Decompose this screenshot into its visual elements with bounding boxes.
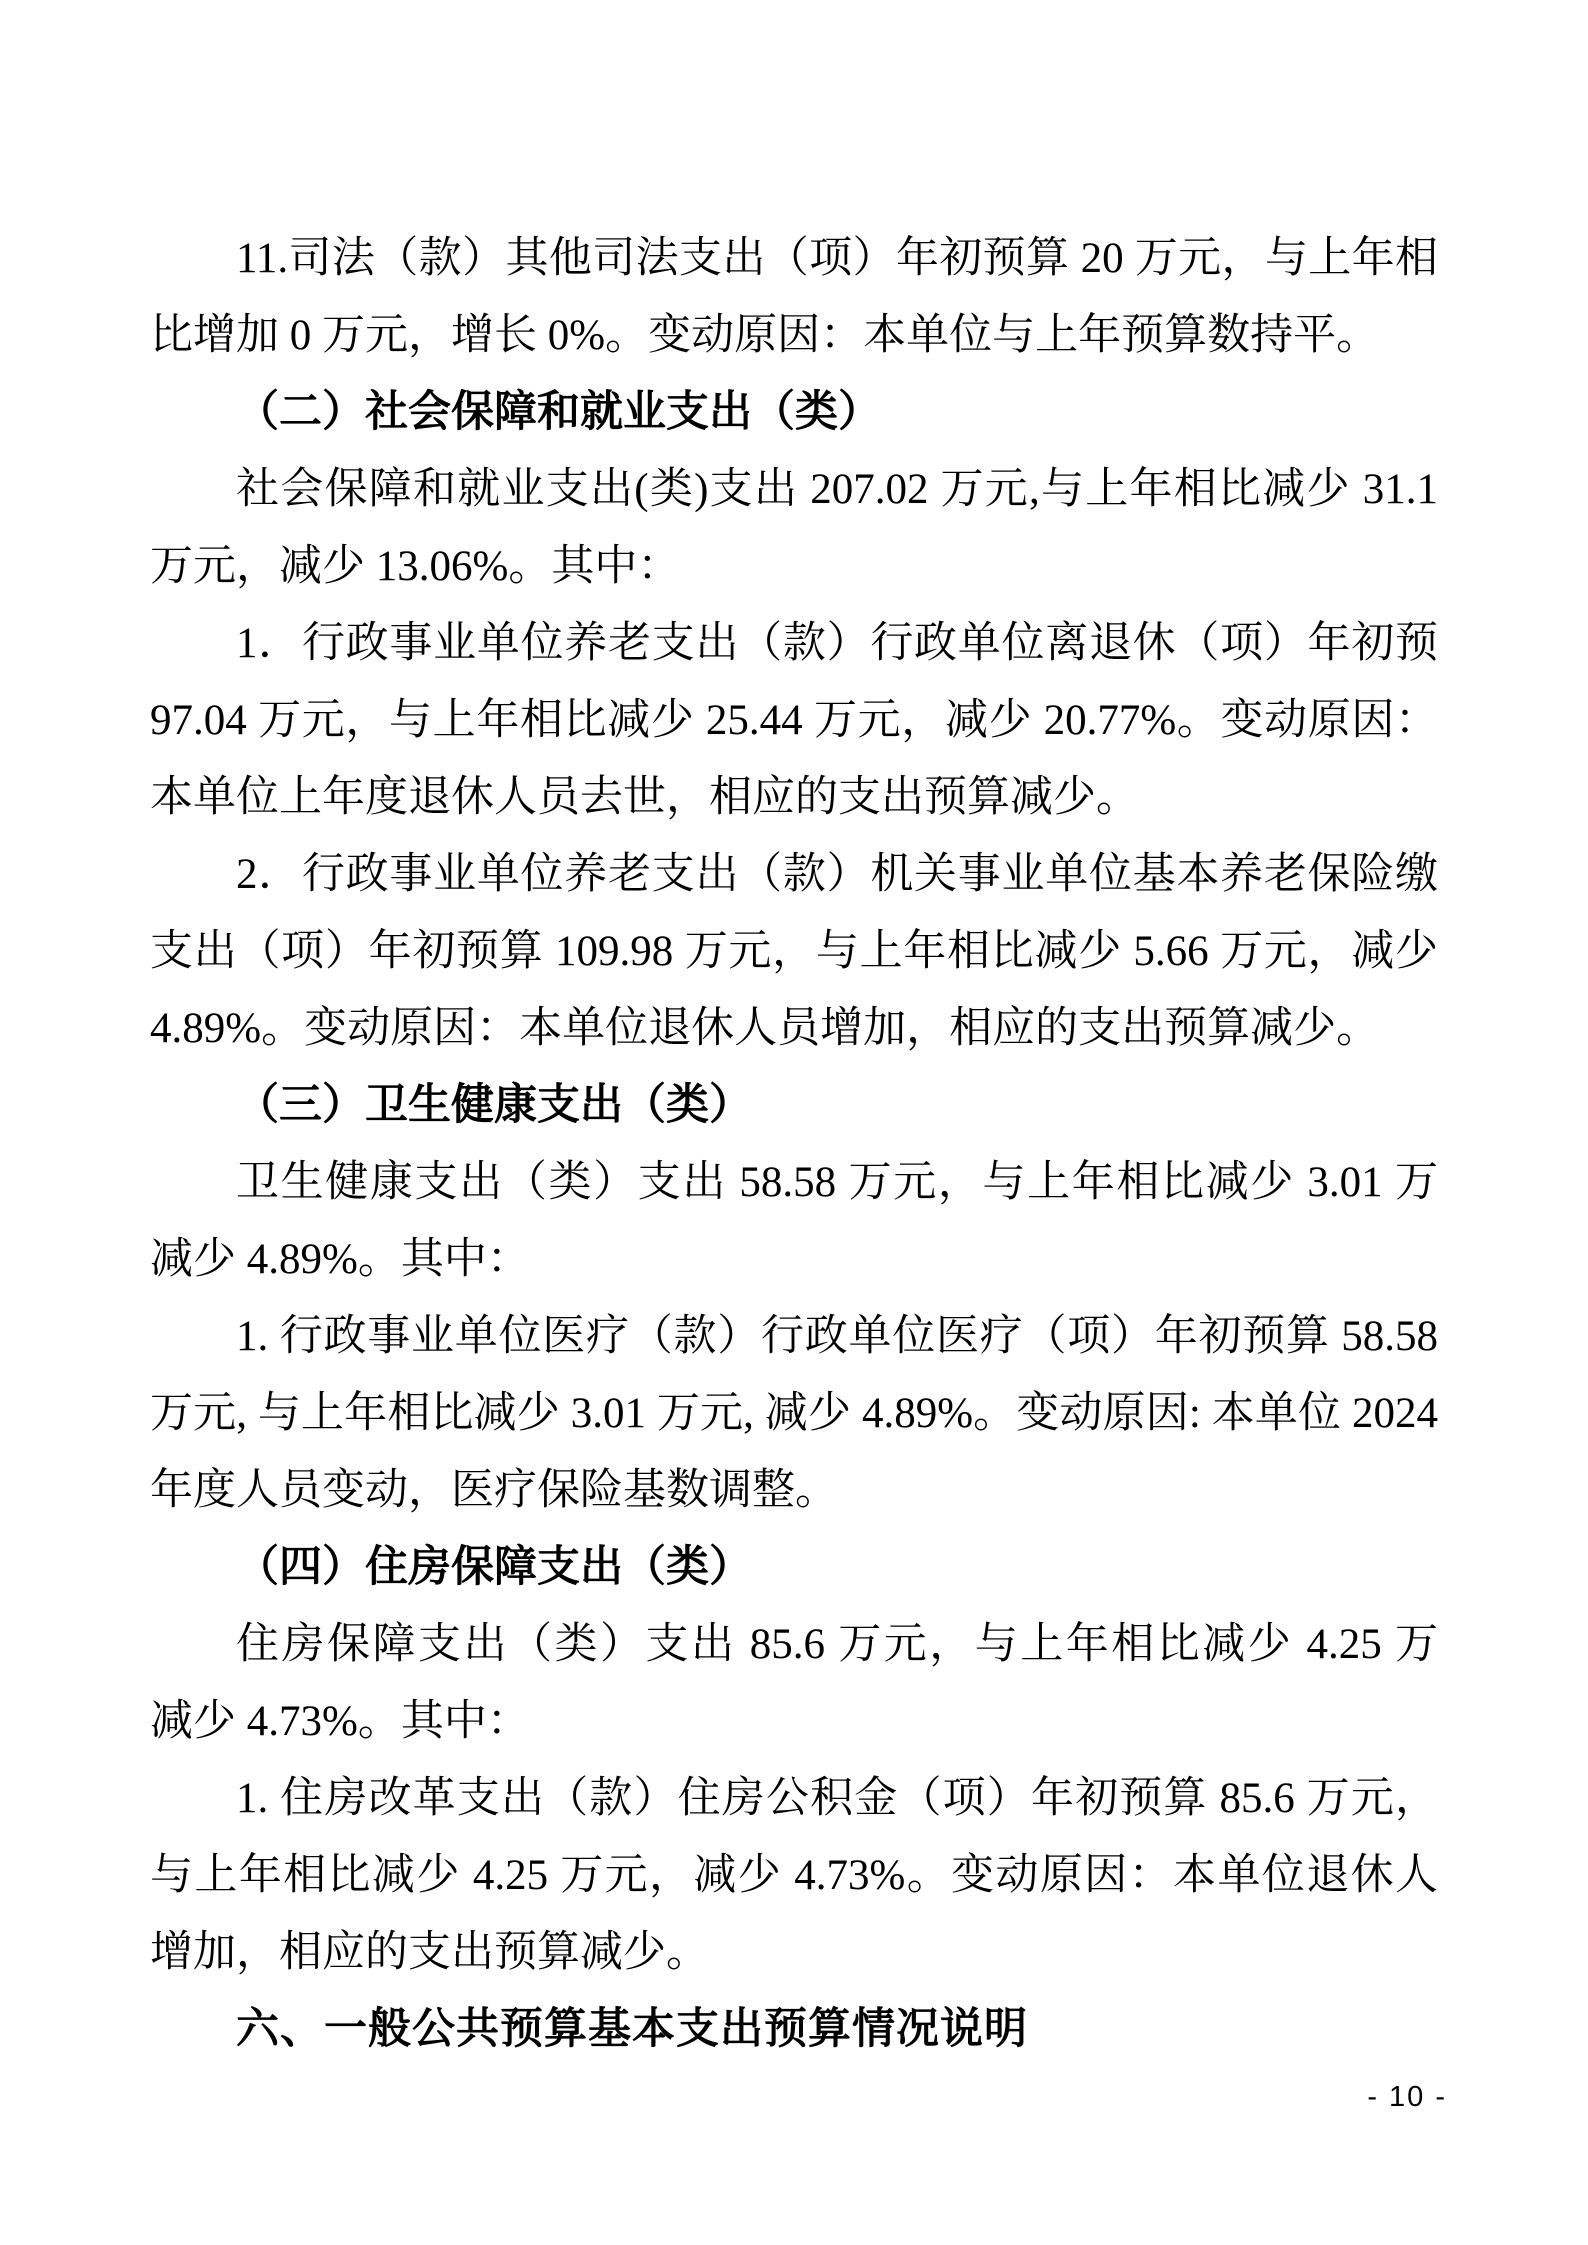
paragraph-line: 支出（项）年初预算 109.98 万元，与上年相比减少 5.66 万元，减少: [150, 913, 1438, 990]
paragraph-line: 年度人员变动，医疗保险基数调整。: [150, 1452, 1438, 1529]
section-heading: （三）卫生健康支出（类）: [150, 1067, 1438, 1144]
paragraph-line: 4.89%。变动原因：本单位退休人员增加，相应的支出预算减少。: [150, 990, 1438, 1067]
paragraph-line: 与上年相比减少 4.25 万元，减少 4.73%。变动原因：本单位退休人员: [150, 1837, 1438, 1914]
paragraph-line: 本单位上年度退休人员去世，相应的支出预算减少。: [150, 759, 1438, 836]
paragraph-line: 11.司法（款）其他司法支出（项）年初预算 20 万元，与上年相: [150, 220, 1438, 297]
paragraph-line: 1. 行政事业单位医疗（款）行政单位医疗（项）年初预算 58.58: [150, 1298, 1438, 1375]
paragraph-line: 卫生健康支出（类）支出 58.58 万元，与上年相比减少 3.01 万元,: [150, 1144, 1438, 1221]
paragraph-line: 97.04 万元，与上年相比减少 25.44 万元，减少 20.77%。变动原因…: [150, 682, 1438, 759]
paragraph-line: 万元, 与上年相比减少 3.01 万元, 减少 4.89%。变动原因: 本单位 …: [150, 1375, 1438, 1452]
paragraph-line: 比增加 0 万元，增长 0%。变动原因：本单位与上年预算数持平。: [150, 297, 1438, 374]
paragraph-line: 增加，相应的支出预算减少。: [150, 1914, 1438, 1991]
page-number: - 10 -: [1367, 2080, 1447, 2114]
paragraph-line: 减少 4.89%。其中：: [150, 1221, 1438, 1298]
paragraph-line: 万元，减少 13.06%。其中：: [150, 528, 1438, 605]
document-page: 11.司法（款）其他司法支出（项）年初预算 20 万元，与上年相比增加 0 万元…: [0, 0, 1588, 2245]
paragraph-line: 减少 4.73%。其中：: [150, 1683, 1438, 1760]
paragraph-line: 2．行政事业单位养老支出（款）机关事业单位基本养老保险缴费: [150, 836, 1438, 913]
paragraph-line: 社会保障和就业支出(类)支出 207.02 万元,与上年相比减少 31.1: [150, 451, 1438, 528]
paragraph-line: 1．行政事业单位养老支出（款）行政单位离退休（项）年初预算: [150, 605, 1438, 682]
section-heading: （四）住房保障支出（类）: [150, 1529, 1438, 1606]
paragraph-line: 住房保障支出（类）支出 85.6 万元，与上年相比减少 4.25 万元，: [150, 1606, 1438, 1683]
document-content: 11.司法（款）其他司法支出（项）年初预算 20 万元，与上年相比增加 0 万元…: [150, 220, 1438, 2068]
section-heading: （二）社会保障和就业支出（类）: [150, 374, 1438, 451]
main-heading: 六、一般公共预算基本支出预算情况说明: [150, 1991, 1438, 2068]
paragraph-line: 1. 住房改革支出（款）住房公积金（项）年初预算 85.6 万元，: [150, 1760, 1438, 1837]
